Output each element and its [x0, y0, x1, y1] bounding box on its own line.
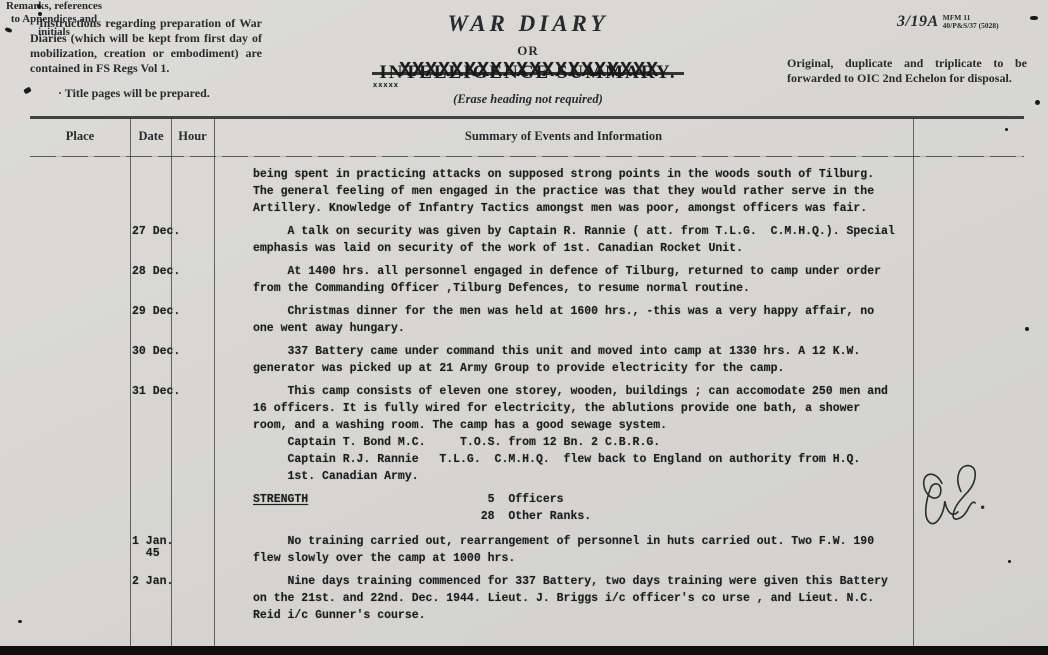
scan-artifact: [38, 12, 42, 16]
diary-line: on the 21st. and 22nd. Dec. 1944. Lieut.…: [253, 590, 913, 607]
diary-line: Artillery. Knowledge of Infantry Tactics…: [253, 200, 913, 217]
strength-label: STRENGTH: [253, 493, 308, 506]
diary-line: room, and a washing room. The camp has a…: [253, 417, 913, 434]
diary-entry-1-jan-45: 1 Jan. 45 No training carried out, rearr…: [0, 533, 913, 567]
strength-officers-count: 5 Officers: [308, 493, 563, 506]
entry-date: 30 Dec.: [132, 346, 180, 358]
diary-line: 16 officers. It is fully wired for elect…: [253, 400, 913, 417]
diary-entry-30-dec: 30 Dec. 337 Battery came under command t…: [0, 343, 913, 377]
form-code: 3/19A: [897, 13, 939, 30]
signature-ink: [912, 456, 1000, 549]
disposal-instructions: Original, duplicate and triplicate to be…: [787, 56, 1027, 86]
form-ref-number: MFM 11 40/P&S/37 (5028): [943, 14, 999, 30]
diary-line: A talk on security was given by Captain …: [253, 223, 913, 240]
diary-line: flew slowly over the camp at 1000 hrs.: [253, 550, 913, 567]
scan-artifact: [1025, 327, 1029, 331]
diary-line: one went away hungary.: [253, 320, 913, 337]
diary-line: Captain T. Bond M.C. T.O.S. from 12 Bn. …: [253, 434, 913, 451]
scan-artifact: [18, 620, 22, 623]
diary-entry-continuation: being spent in practicing attacks on sup…: [0, 166, 913, 217]
diary-entry-29-dec: 29 Dec. Christmas dinner for the men was…: [0, 303, 913, 337]
diary-line: 337 Battery came under command this unit…: [253, 343, 913, 360]
entry-date: 29 Dec.: [132, 306, 180, 318]
strength-officers-line: STRENGTH 5 Officers: [253, 491, 913, 508]
scan-artifact: [1008, 560, 1011, 563]
column-header-hour: Hour: [171, 129, 214, 144]
diary-line: No training carried out, rearrangement o…: [253, 533, 913, 550]
preparation-instructions: Instructions regarding preparation of Wa…: [30, 16, 262, 76]
scan-artifact: [1035, 100, 1040, 105]
column-divider-summary-remarks: [913, 118, 914, 647]
entry-date: 1 Jan. 45: [132, 536, 173, 560]
diary-line: Nine days training commenced for 337 Bat…: [253, 573, 913, 590]
entry-date: 2 Jan.: [132, 576, 173, 588]
diary-line: This camp consists of eleven one storey,…: [253, 383, 913, 400]
strength-block: STRENGTH 5 Officers 28 Other Ranks.: [0, 491, 913, 525]
form-reference-block: 3/19AMFM 11 40/P&S/37 (5028): [897, 13, 999, 31]
scan-edge: [0, 646, 1048, 655]
diary-entry-2-jan: 2 Jan. Nine days training commenced for …: [0, 573, 913, 624]
diary-line: 1st. Canadian Army.: [253, 468, 913, 485]
diary-entry-28-dec: 28 Dec. At 1400 hrs. all personnel engag…: [0, 263, 913, 297]
diary-line: from the Commanding Officer ,Tilburg Def…: [253, 280, 913, 297]
scan-artifact: [1005, 128, 1008, 131]
handwritten-initials-signature: GdR.: [912, 456, 1000, 549]
diary-line: generator was picked up at 21 Army Group…: [253, 360, 913, 377]
small-x-marks: xxxxx: [373, 82, 399, 90]
form-title: WAR DIARY: [378, 11, 678, 37]
entry-date: 31 Dec.: [132, 386, 180, 398]
header-underline-rule: [30, 156, 1024, 157]
diary-entries: being spent in practicing attacks on sup…: [0, 166, 913, 630]
column-header-place: Place: [30, 129, 130, 144]
diary-entry-27-dec: 27 Dec. A talk on security was given by …: [0, 223, 913, 257]
entry-date: 28 Dec.: [132, 266, 180, 278]
diary-line: Christmas dinner for the men was held at…: [253, 303, 913, 320]
column-header-summary: Summary of Events and Information: [214, 129, 913, 144]
diary-line: emphasis was laid on security of the wor…: [253, 240, 913, 257]
diary-line: being spent in practicing attacks on sup…: [253, 166, 913, 183]
diary-line: The general feeling of men engaged in th…: [253, 183, 913, 200]
diary-entry-31-dec: 31 Dec. This camp consists of eleven one…: [0, 383, 913, 485]
struck-out-heading: INTELLIGENCE SUMMARY. XXXXXXXXXXXXXXXXXX…: [372, 60, 684, 86]
form-title-or: OR: [378, 43, 678, 59]
diary-line: Captain R.J. Rannie T.L.G. C.M.H.Q. flew…: [253, 451, 913, 468]
title-pages-note: · Title pages will be prepared.: [58, 86, 210, 101]
war-diary-form-page: Instructions regarding preparation of Wa…: [0, 0, 1048, 655]
entry-date: 27 Dec.: [132, 226, 180, 238]
strike-bar: [372, 72, 684, 75]
diary-line: At 1400 hrs. all personnel engaged in de…: [253, 263, 913, 280]
table-top-rule: [30, 116, 1024, 119]
strength-other-ranks-line: 28 Other Ranks.: [253, 508, 913, 525]
scan-artifact: [37, 4, 41, 9]
erase-heading-note: (Erase heading not required): [378, 92, 678, 107]
column-header-date: Date: [131, 129, 171, 144]
scan-artifact: [1030, 16, 1038, 20]
diary-line: Reid i/c Gunner's course.: [253, 607, 913, 624]
scan-artifact: [23, 87, 32, 95]
